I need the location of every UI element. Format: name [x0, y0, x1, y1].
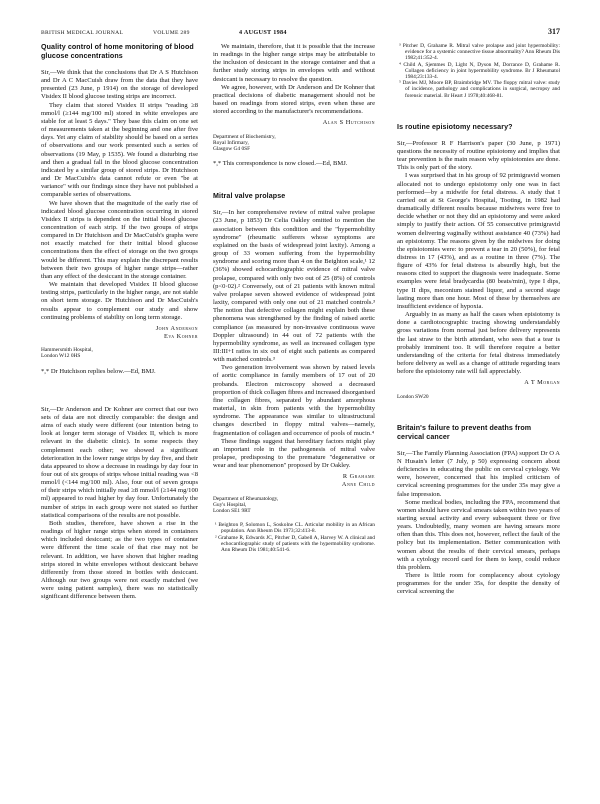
paragraph: They claim that stored Visidex II strips…: [41, 102, 198, 200]
author-signature: Eva Kohner: [41, 333, 198, 341]
paragraph: We agree, however, with Dr Anderson and …: [213, 84, 375, 117]
column-right: ³ Pitcher D, Grahame R. Mitral valve pro…: [397, 43, 560, 597]
article-mitral: Mitral valve prolapse Sir,—In her compre…: [213, 192, 375, 553]
paragraph: We have shown that the magnitude of the …: [41, 200, 198, 282]
paragraph: We maintain, therefore, that it is possi…: [213, 43, 375, 84]
paragraph: Sir,—Dr Anderson and Dr Kohner are corre…: [41, 406, 198, 520]
author-signature: R Grahame: [213, 473, 375, 481]
references-list-continued: ³ Pitcher D, Grahame R. Mitral valve pro…: [397, 43, 560, 99]
journal-name: British Medical Journal: [41, 27, 123, 39]
author-address: Department of Rheumatology, Guy's Hospit…: [213, 496, 375, 515]
editor-note: *,* This correspondence is now closed.—E…: [213, 160, 375, 168]
column-middle: We maintain, therefore, that it is possi…: [213, 43, 375, 553]
paragraph: Both studies, therefore, have shown a ri…: [41, 520, 198, 602]
author-signature: Alan S Hutchison: [213, 119, 375, 127]
paragraph: Sir,—Professor R F Harrison's paper (30 …: [397, 140, 560, 173]
letter-hutchison-reply: Sir,—Dr Anderson and Dr Kohner are corre…: [41, 406, 198, 602]
author-address: Hammersmith Hospital, London W12 0HS: [41, 347, 198, 359]
article-cervical: Britain's failure to prevent deaths from…: [397, 424, 560, 597]
paragraph: There is little room for complacency abo…: [397, 572, 560, 596]
author-signature: Anne Child: [213, 481, 375, 489]
paragraph: Some medical bodies, including the FPA, …: [397, 499, 560, 572]
reference: ³ Pitcher D, Grahame R. Mitral valve pro…: [397, 43, 560, 62]
page-header: British Medical Journal Volume 289 4 Aug…: [41, 26, 560, 38]
editor-note: *,* Dr Hutchison replies below.—Ed, BMJ.: [41, 368, 198, 376]
reference: ⁴ Child A, Sjemmes D, Light N, Dyson M, …: [397, 62, 560, 81]
paragraph: I was surprised that in his group of 92 …: [397, 172, 560, 311]
letter-anderson-kohner: Sir,—We think that the conclusions that …: [41, 69, 198, 376]
journal-volume: Volume 289: [153, 27, 190, 39]
reference: ⁵ Davies MJ, Moore BP, Braimbridge MV. T…: [397, 80, 560, 99]
paragraph: These findings suggest that hereditary f…: [213, 438, 375, 471]
paragraph: Sir,—We think that the conclusions that …: [41, 69, 198, 102]
references-list: ¹ Beighton P, Solomon L, Soskolne CL. Ar…: [213, 522, 375, 553]
column-left: Quality control of home monitoring of bl…: [41, 43, 198, 601]
reference: ² Grahame R, Edwards JC, Pitcher D, Gabe…: [213, 535, 375, 554]
article-title: Is routine episiotomy necessary?: [397, 123, 560, 132]
article-episiotomy: Is routine episiotomy necessary? Sir,—Pr…: [397, 123, 560, 400]
article-glucose: Quality control of home monitoring of bl…: [41, 43, 198, 601]
article-title: Quality control of home monitoring of bl…: [41, 43, 198, 61]
paragraph: Two generation involvement was shown by …: [213, 364, 375, 437]
author-signature: A T Morgan: [397, 379, 560, 387]
issue-date: 4 August 1984: [239, 27, 287, 39]
article-title: Britain's failure to prevent deaths from…: [397, 424, 560, 442]
page-number: 317: [548, 26, 560, 38]
paragraph: We maintain that developed Visidex II bl…: [41, 281, 198, 322]
author-address: Department of Biochemistry, Royal Infirm…: [213, 134, 375, 153]
article-title: Mitral valve prolapse: [213, 192, 375, 201]
paragraph: Sir,—The Family Planning Association (FP…: [397, 450, 560, 499]
author-signature: John Anderson: [41, 325, 198, 333]
paragraph: Arguably in as many as half the cases wh…: [397, 311, 560, 376]
reference: ¹ Beighton P, Solomon L, Soskolne CL. Ar…: [213, 522, 375, 534]
paragraph: Sir,—In her comprehensive review of mitr…: [213, 209, 375, 364]
